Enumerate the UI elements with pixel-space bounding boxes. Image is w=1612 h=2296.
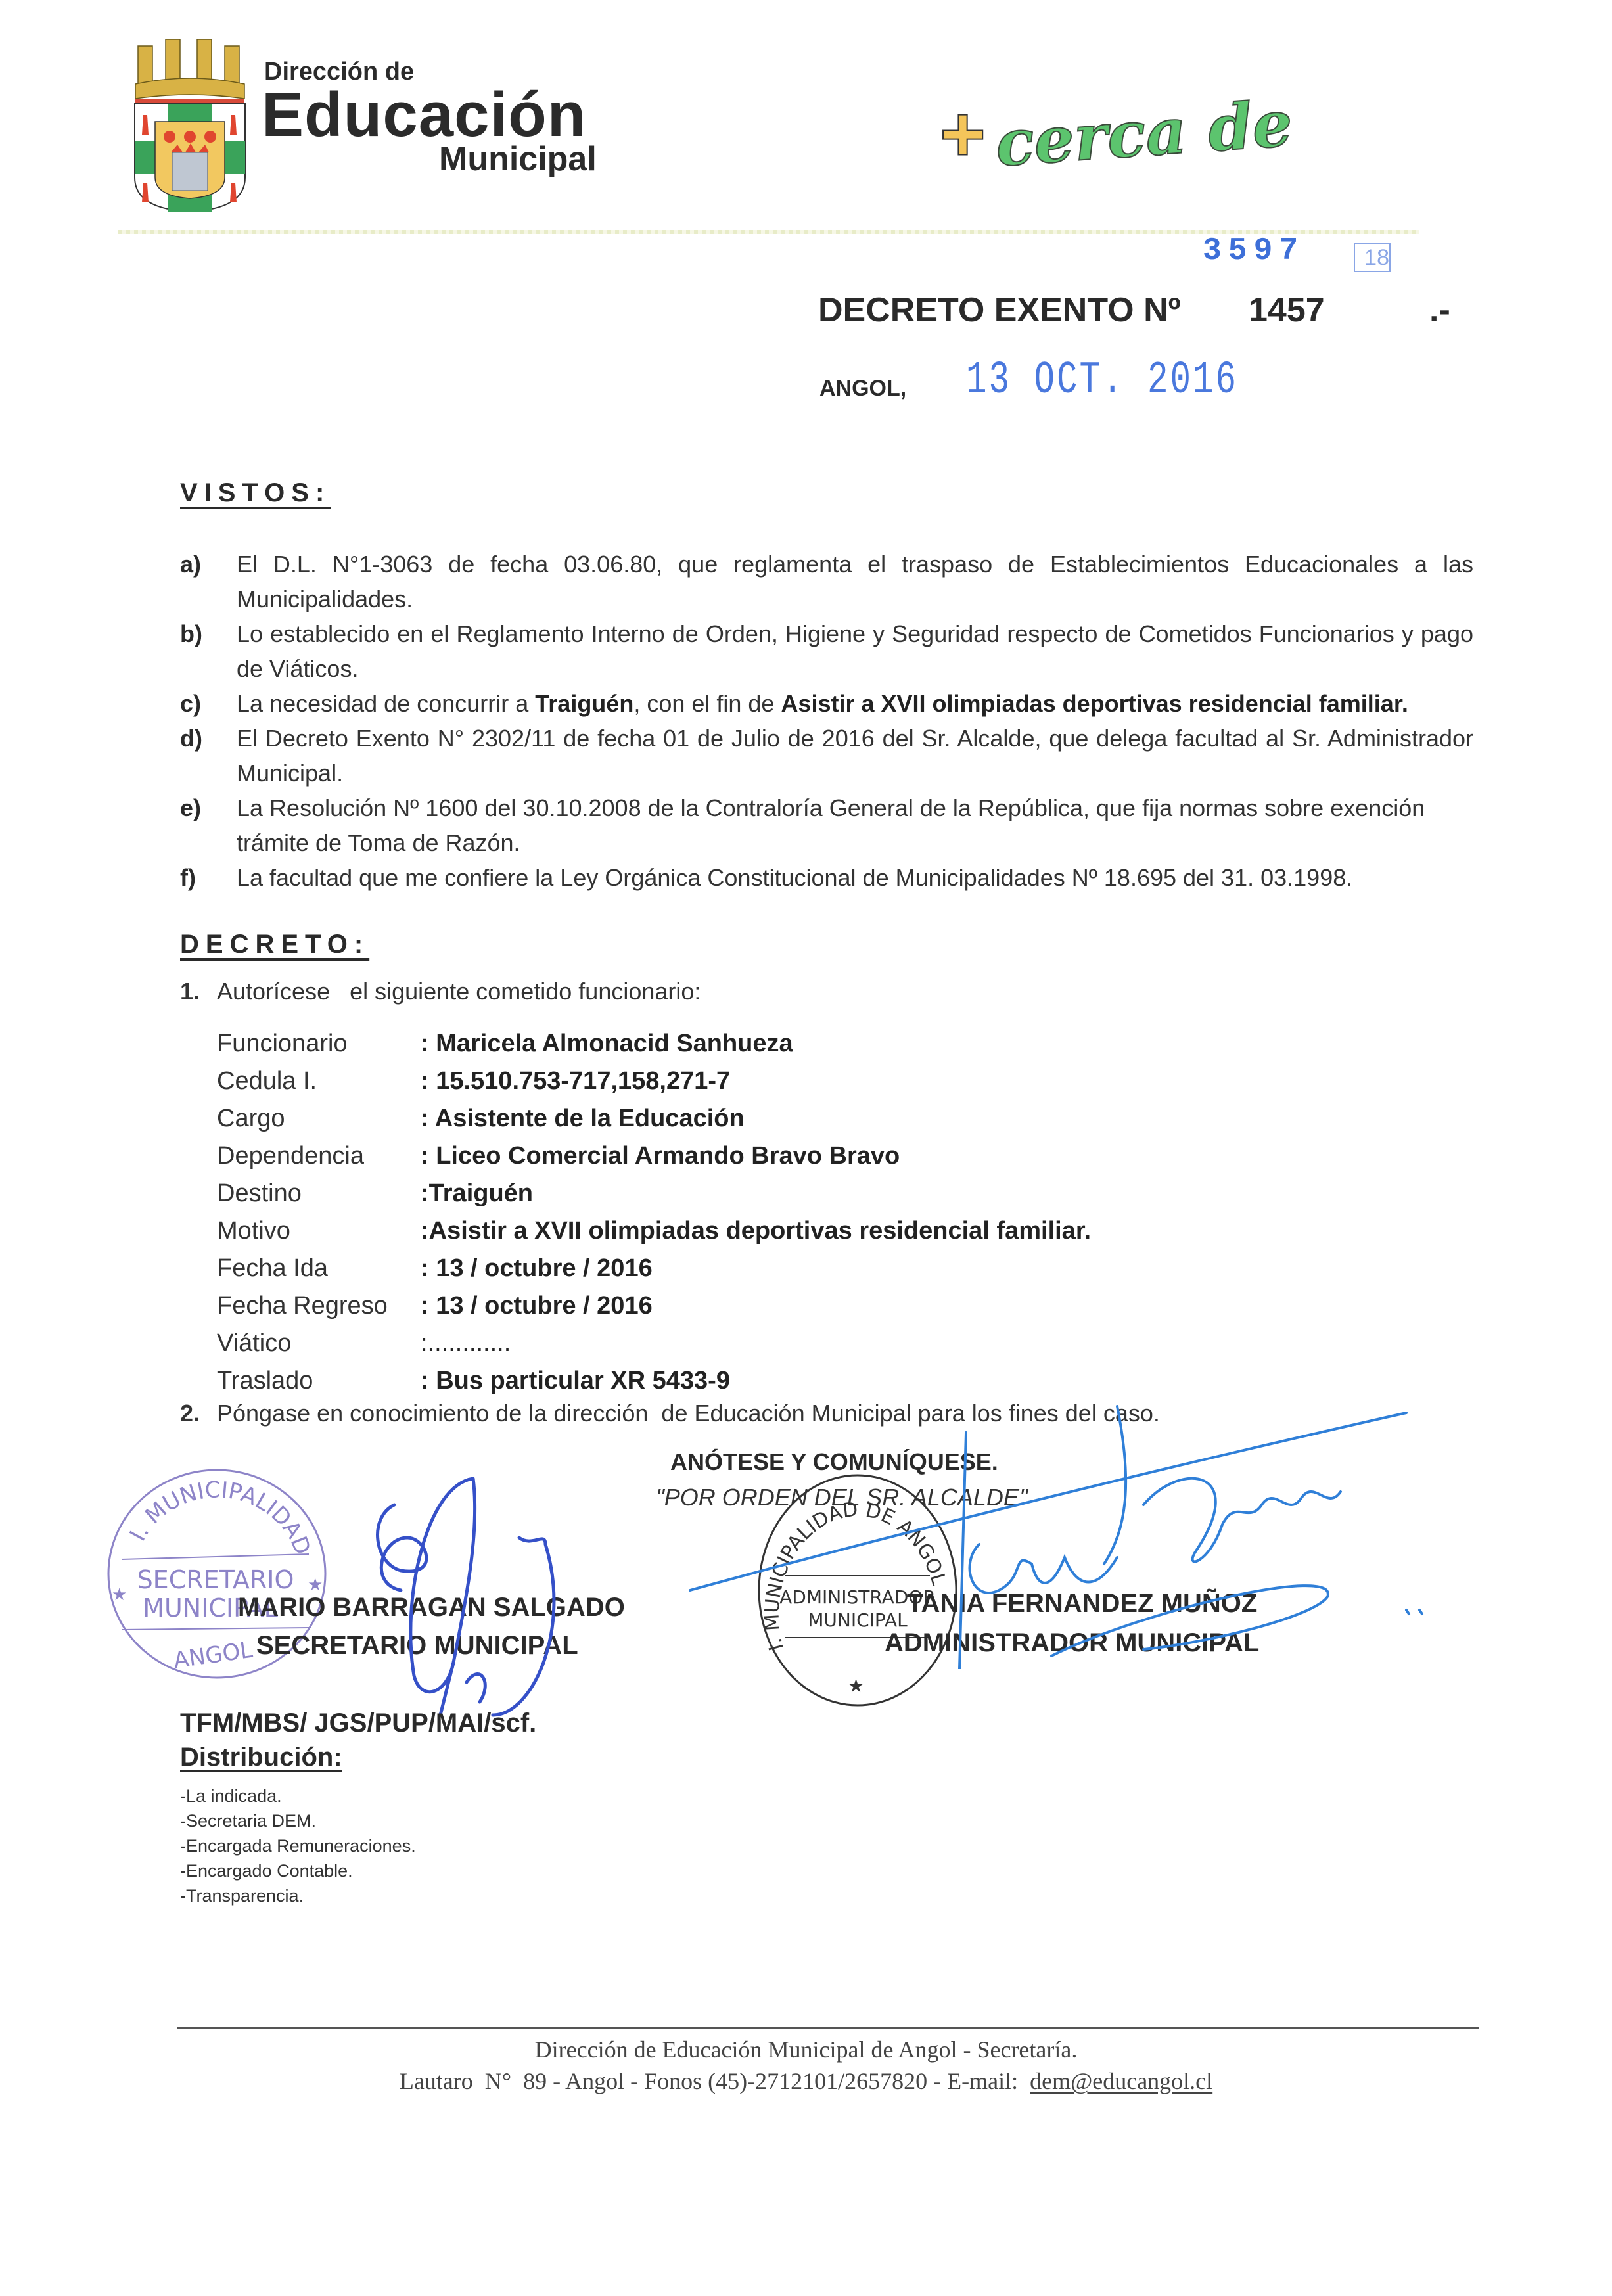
detail-row: Destino:Traiguén: [217, 1175, 1091, 1212]
detail-row: Fecha Ida: 13 / octubre / 2016: [217, 1250, 1091, 1287]
distribution-item: -La indicada.: [180, 1783, 416, 1808]
text-fragment: La necesidad de concurrir a: [237, 690, 535, 717]
detail-key: Fecha Ida: [217, 1250, 421, 1287]
decreto-item-1: 1.Autorícese el siguiente cometido funci…: [180, 978, 701, 1005]
vistos-item-label: d): [180, 721, 237, 791]
vistos-item: e) La Resolución Nº 1600 del 30.10.2008 …: [180, 791, 1473, 860]
svg-text:★: ★: [848, 1676, 864, 1696]
decreto-heading: DECRETO:: [180, 930, 369, 959]
vistos-item: a) El D.L. N°1-3063 de fecha 03.06.80, q…: [180, 547, 1473, 616]
detail-key: Fecha Regreso: [217, 1287, 421, 1325]
vistos-list: a) El D.L. N°1-3063 de fecha 03.06.80, q…: [180, 547, 1473, 895]
vistos-item-label: a): [180, 547, 237, 616]
vistos-item-text: Lo establecido en el Reglamento Interno …: [237, 616, 1473, 686]
footer-address: Lautaro N° 89 - Angol - Fonos (45)-27121…: [400, 2068, 1030, 2094]
detail-value: :............: [421, 1325, 511, 1362]
svg-text:cerca de ti: cerca de ti: [993, 81, 1301, 181]
decree-title: DECRETO EXENTO Nº: [818, 290, 1181, 330]
detail-value: :Asistir a XVII olimpiadas deportivas re…: [421, 1212, 1091, 1250]
decree-place: ANGOL,: [819, 376, 906, 402]
detail-value: : Asistente de la Educación: [421, 1100, 745, 1137]
vistos-item-text: La facultad que me confiere la Ley Orgán…: [237, 860, 1473, 895]
vistos-item: d) El Decreto Exento N° 2302/11 de fecha…: [180, 721, 1473, 791]
svg-text:ANGOL: ANGOL: [172, 1637, 254, 1674]
vistos-item: b) Lo establecido en el Reglamento Inter…: [180, 616, 1473, 686]
registry-stamp: 3597: [1203, 233, 1304, 269]
detail-row: Motivo:Asistir a XVII olimpiadas deporti…: [217, 1212, 1091, 1250]
detail-row: Cargo: Asistente de la Educación: [217, 1100, 1091, 1137]
vistos-item: f) La facultad que me confiere la Ley Or…: [180, 860, 1473, 895]
reference-initials: TFM/MBS/ JGS/PUP/MAI/scf.: [180, 1709, 536, 1738]
distribution-item: -Secretaria DEM.: [180, 1808, 416, 1833]
svg-text:SECRETARIO: SECRETARIO: [137, 1565, 294, 1594]
detail-key: Dependencia: [217, 1137, 421, 1175]
detail-row: Viático:............: [217, 1325, 1091, 1362]
registry-stamp-suffix: 18: [1354, 243, 1391, 272]
coat-of-arms-icon: [131, 33, 248, 214]
date-stamp: 13 OCT. 2016: [966, 355, 1238, 407]
detail-row: Cedula I.: 15.510.753-717,158,271-7: [217, 1063, 1091, 1100]
item-number: 2.: [180, 1400, 217, 1427]
distribution-item: -Encargada Remuneraciones.: [180, 1833, 416, 1858]
detail-row: Funcionario: Maricela Almonacid Sanhueza: [217, 1025, 1091, 1063]
distribution-item: -Encargado Contable.: [180, 1858, 416, 1883]
detail-key: Traslado: [217, 1362, 421, 1400]
detail-key: Cargo: [217, 1100, 421, 1137]
vistos-item-label: b): [180, 616, 237, 686]
detail-row: Fecha Regreso: 13 / octubre / 2016: [217, 1287, 1091, 1325]
detail-value: : 13 / octubre / 2016: [421, 1287, 653, 1325]
distribution-item: -Transparencia.: [180, 1883, 416, 1908]
commission-details: Funcionario: Maricela Almonacid Sanhueza…: [217, 1025, 1091, 1400]
detail-value: : 15.510.753-717,158,271-7: [421, 1063, 730, 1100]
decree-suffix: .-: [1429, 290, 1450, 330]
item-number: 1.: [180, 978, 217, 1005]
footer-divider: [177, 2027, 1479, 2029]
purpose-bold: Asistir a XVII olimpiadas deportivas res…: [781, 690, 1408, 717]
decree-number: 1457: [1249, 290, 1325, 330]
vistos-item-text: El Decreto Exento N° 2302/11 de fecha 01…: [237, 721, 1473, 791]
destination-bold: Traiguén: [535, 690, 633, 717]
item-text: Autorícese el siguiente cometido funcion…: [217, 978, 701, 1005]
vistos-heading: VISTOS:: [180, 478, 331, 508]
vistos-item-label: f): [180, 860, 237, 895]
vistos-item-text: El D.L. N°1-3063 de fecha 03.06.80, que …: [237, 547, 1473, 616]
distribution-heading: Distribución:: [180, 1743, 342, 1772]
org-name-line3: Municipal: [439, 139, 597, 179]
detail-key: Funcionario: [217, 1025, 421, 1063]
detail-value: : Maricela Almonacid Sanhueza: [421, 1025, 793, 1063]
detail-key: Cedula I.: [217, 1063, 421, 1100]
administrator-signature-icon: [683, 1393, 1446, 1669]
vistos-item-label: e): [180, 791, 237, 860]
vistos-item-text: La Resolución Nº 1600 del 30.10.2008 de …: [237, 791, 1473, 860]
svg-text:★: ★: [112, 1584, 127, 1604]
detail-value: : Liceo Comercial Armando Bravo Bravo: [421, 1137, 900, 1175]
vistos-item: c) La necesidad de concurrir a Traiguén,…: [180, 686, 1473, 721]
secretary-signature-icon: [296, 1465, 624, 1741]
detail-row: Dependencia: Liceo Comercial Armando Bra…: [217, 1137, 1091, 1175]
detail-key: Destino: [217, 1175, 421, 1212]
vistos-item-label: c): [180, 686, 237, 721]
detail-value: : 13 / octubre / 2016: [421, 1250, 653, 1287]
slogan-logo: + cerca de ti: [933, 79, 1301, 184]
detail-key: Viático: [217, 1325, 421, 1362]
distribution-list: -La indicada. -Secretaria DEM. -Encargad…: [180, 1783, 416, 1908]
footer-email-link[interactable]: dem@educangol.cl: [1030, 2068, 1212, 2094]
detail-key: Motivo: [217, 1212, 421, 1250]
vistos-item-text: La necesidad de concurrir a Traiguén, co…: [237, 686, 1473, 721]
detail-value: :Traiguén: [421, 1175, 533, 1212]
plus-icon: +: [940, 90, 986, 178]
text-fragment: , con el fin de: [633, 690, 781, 717]
footer-org-line: Dirección de Educación Municipal de Ango…: [0, 2036, 1612, 2063]
footer-contact-line: Lautaro N° 89 - Angol - Fonos (45)-27121…: [0, 2067, 1612, 2095]
